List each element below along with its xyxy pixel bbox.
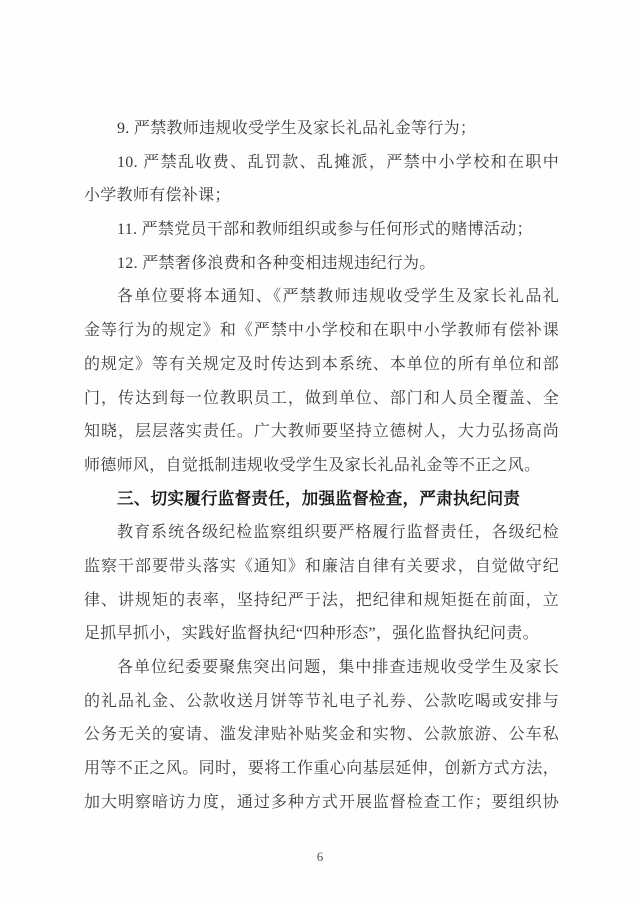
text-line: 的规定》等有关规定及时传达到本系统、本单位的所有单位和部 bbox=[84, 348, 559, 382]
text-line: 11. 严禁党员干部和教师组织或参与任何形式的赌博活动； bbox=[84, 213, 559, 247]
text-line: 教育系统各级纪检监察组织要严格履行监督责任，各级纪检 bbox=[84, 516, 559, 550]
text-line: 加大明察暗访力度，通过多种方式开展监督检查工作；要组织协 bbox=[84, 786, 559, 820]
document-page: 9. 严禁教师违规收受学生及家长礼品礼金等行为； 10. 严禁乱收费、乱罚款、乱… bbox=[0, 0, 640, 904]
text-line: 9. 严禁教师违规收受学生及家长礼品礼金等行为； bbox=[84, 112, 559, 146]
text-line: 小学教师有偿补课； bbox=[84, 179, 559, 213]
text-line: 足抓早抓小，实践好监督执纪“四种形态”，强化监督执纪问责。 bbox=[84, 617, 559, 651]
text-line: 监察干部要带头落实《通知》和廉洁自律有关要求，自觉做守纪 bbox=[84, 550, 559, 584]
text-line: 的礼品礼金、公款收送月饼等节礼电子礼券、公款吃喝或安排与 bbox=[84, 685, 559, 719]
text-line: 金等行为的规定》和《严禁中小学校和在职中小学教师有偿补课 bbox=[84, 314, 559, 348]
text-line: 12. 严禁奢侈浪费和各种变相违规违纪行为。 bbox=[84, 247, 559, 281]
section-heading: 三、切实履行监督责任，加强监督检查，严肃执纪问责 bbox=[84, 483, 559, 517]
text-line: 知晓，层层落实责任。广大教师要坚持立德树人，大力弘扬高尚 bbox=[84, 415, 559, 449]
text-line: 公务无关的宴请、滥发津贴补贴奖金和实物、公款旅游、公车私 bbox=[84, 718, 559, 752]
text-line: 各单位要将本通知、《严禁教师违规收受学生及家长礼品礼 bbox=[84, 280, 559, 314]
text-line: 10. 严禁乱收费、乱罚款、乱摊派，严禁中小学校和在职中 bbox=[84, 146, 559, 180]
text-line: 门，传达到每一位教职员工，做到单位、部门和人员全覆盖、全 bbox=[84, 382, 559, 416]
document-text-block: 9. 严禁教师违规收受学生及家长礼品礼金等行为； 10. 严禁乱收费、乱罚款、乱… bbox=[84, 112, 559, 819]
text-line: 律、讲规矩的表率，坚持纪严于法，把纪律和规矩挺在前面，立 bbox=[84, 584, 559, 618]
text-line: 各单位纪委要聚焦突出问题，集中排查违规收受学生及家长 bbox=[84, 651, 559, 685]
text-line: 用等不正之风。同时，要将工作重心向基层延伸，创新方式方法， bbox=[84, 752, 559, 786]
text-line: 师德师风，自觉抵制违规收受学生及家长礼品礼金等不正之风。 bbox=[84, 449, 559, 483]
page-number: 6 bbox=[0, 848, 640, 866]
